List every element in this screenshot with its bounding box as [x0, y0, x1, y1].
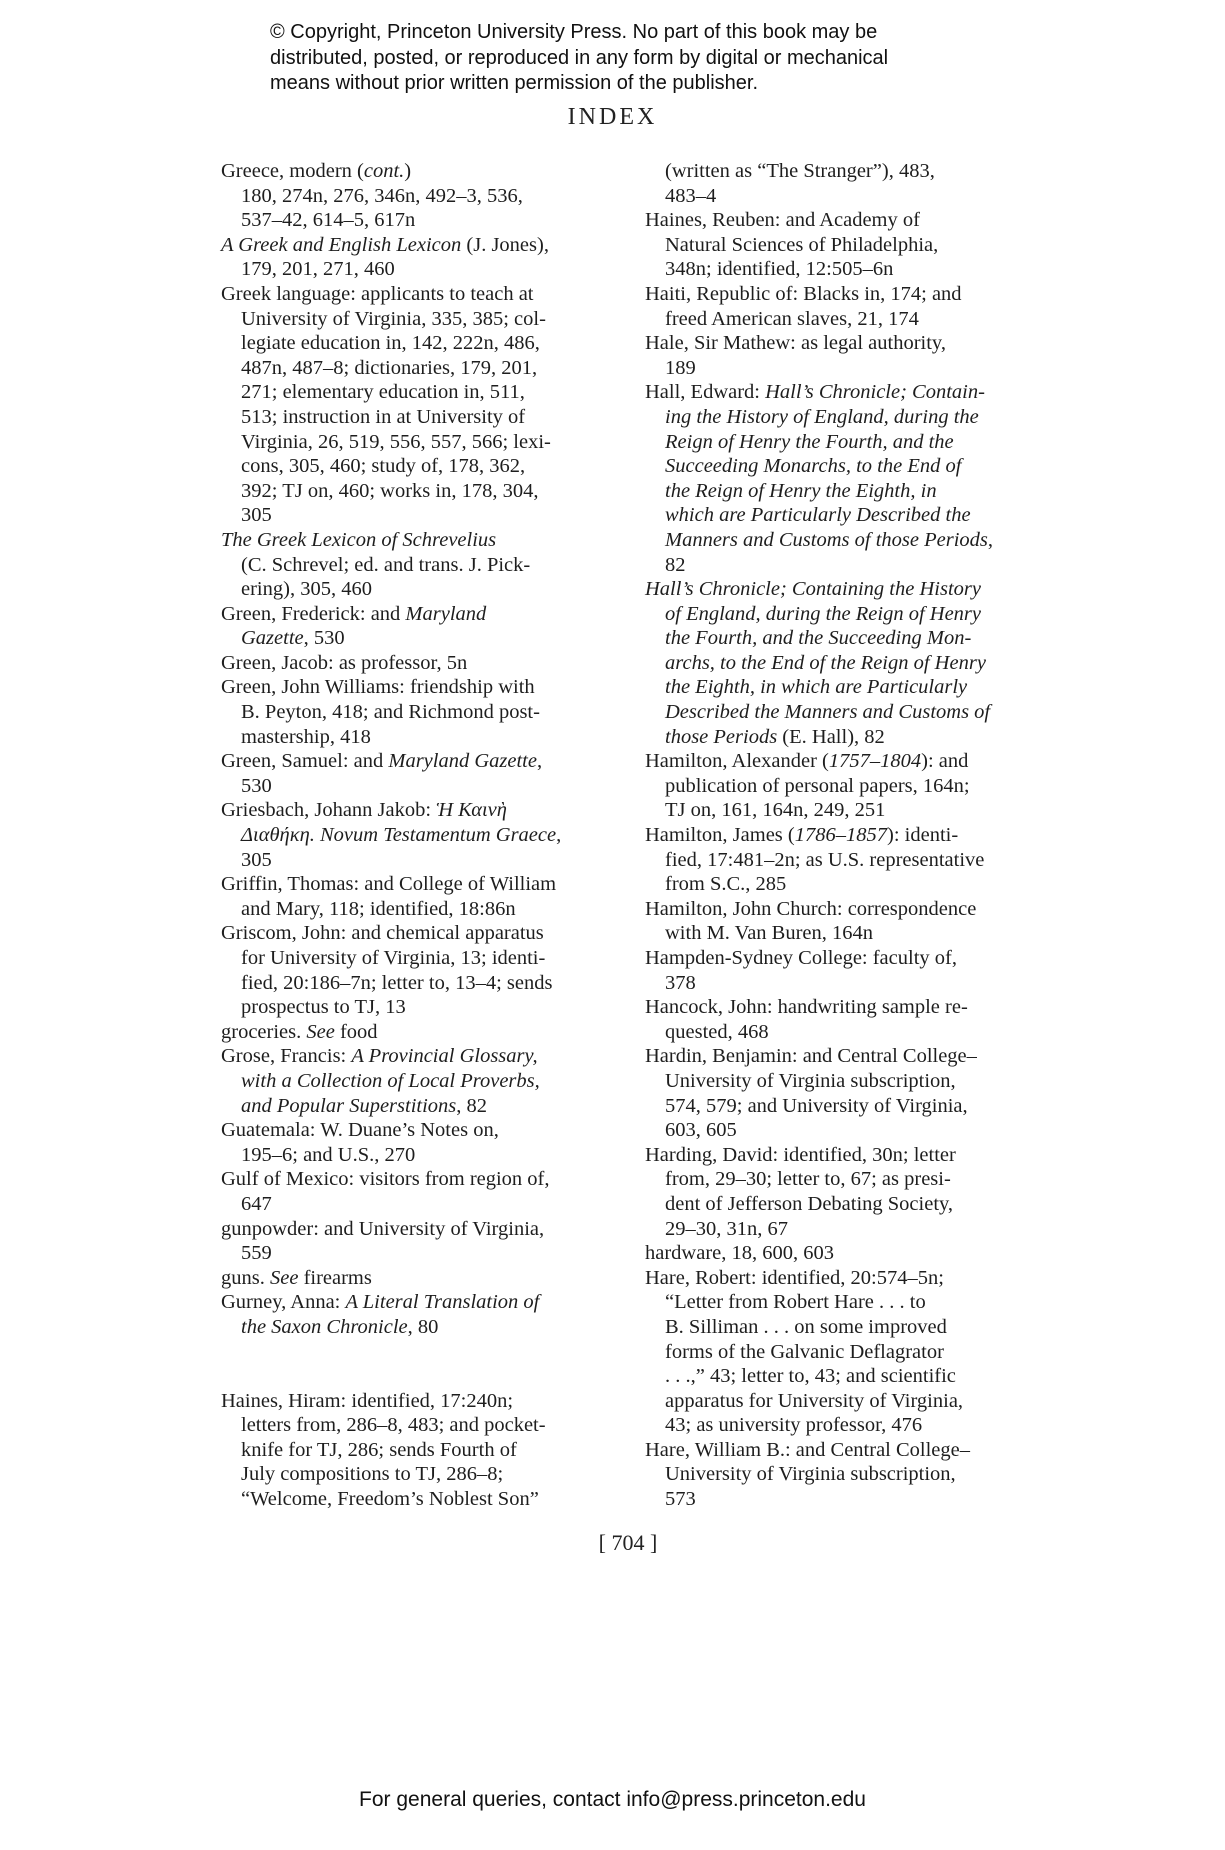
- index-entry: Hampden-Sydney College: faculty of,378: [645, 946, 1045, 995]
- text: 647: [241, 1193, 272, 1215]
- letter-group-spacer: [221, 1340, 621, 1389]
- entry-heading: Green, Jacob: as professor, 5n: [221, 651, 621, 676]
- entry-continuation: prospectus to TJ, 13: [221, 995, 621, 1020]
- entry-continuation: Virginia, 26, 519, 556, 557, 566; lexi-: [221, 430, 621, 455]
- entry-continuation: 179, 201, 271, 460: [221, 257, 621, 282]
- text: Haines, Hiram: identified, 17:240n;: [221, 1390, 513, 1412]
- text: 271; elementary education in, 511,: [241, 381, 525, 403]
- text: Hamilton, Alexander (: [645, 750, 829, 772]
- index-column-right: (written as “The Stranger”), 483,483–4Ha…: [645, 159, 1045, 1512]
- text: letters from, 286–8, 483; and pocket-: [241, 1414, 546, 1436]
- italic-text: with a Collection of Local Proverbs,: [241, 1070, 540, 1092]
- index-entry: Haines, Hiram: identified, 17:240n;lette…: [221, 1389, 621, 1512]
- entry-heading: Guatemala: W. Duane’s Notes on,: [221, 1118, 621, 1143]
- text: Green, Frederick: and: [221, 603, 405, 625]
- italic-text: the Eighth, in which are Particularly: [665, 676, 967, 698]
- entry-heading: Haines, Hiram: identified, 17:240n;: [221, 1389, 621, 1414]
- text: firearms: [298, 1267, 371, 1289]
- entry-continuation: dent of Jefferson Debating Society,: [645, 1192, 1045, 1217]
- entry-continuation: 530: [221, 774, 621, 799]
- italic-text: Gazette: [241, 627, 304, 649]
- index-entry: gunpowder: and University of Virginia,55…: [221, 1217, 621, 1266]
- text: Greece, modern (: [221, 160, 364, 182]
- entry-heading: Hall, Edward: Hall’s Chronicle; Contain-: [645, 380, 1045, 405]
- text: 392; TJ on, 460; works in, 178, 304,: [241, 480, 538, 502]
- entry-heading: Hamilton, John Church: correspondence: [645, 897, 1045, 922]
- text: publication of personal papers, 164n;: [665, 775, 970, 797]
- entry-heading: groceries. See food: [221, 1020, 621, 1045]
- text: 43; as university professor, 476: [665, 1414, 922, 1436]
- text: ): and: [921, 750, 968, 772]
- text: “Letter from Robert Hare . . . to: [665, 1291, 926, 1313]
- italic-text: 1757–1804: [829, 750, 921, 772]
- text: B. Peyton, 418; and Richmond post-: [241, 701, 540, 723]
- entry-continuation: from S.C., 285: [645, 872, 1045, 897]
- entry-continuation: (C. Schrevel; ed. and trans. J. Pick-: [221, 553, 621, 578]
- index-column-left: Greece, modern (cont.)180, 274n, 276, 34…: [221, 159, 621, 1511]
- italic-text: which are Particularly Described the: [665, 504, 971, 526]
- text: ): identi-: [887, 824, 958, 846]
- entry-continuation: which are Particularly Described the: [645, 503, 1045, 528]
- entry-continuation: 43; as university professor, 476: [645, 1413, 1045, 1438]
- entry-continuation: July compositions to TJ, 286–8;: [221, 1462, 621, 1487]
- entry-continuation: 82: [645, 553, 1045, 578]
- italic-text: Reign of Henry the Fourth, and the: [665, 431, 954, 453]
- copyright-line: © Copyright, Princeton University Press.…: [270, 20, 990, 46]
- entry-continuation: freed American slaves, 21, 174: [645, 307, 1045, 332]
- italic-text: archs, to the End of the Reign of Henry: [665, 652, 986, 674]
- entry-heading: Hamilton, James (1786–1857): identi-: [645, 823, 1045, 848]
- entry-heading: Griffin, Thomas: and College of William: [221, 872, 621, 897]
- text: ering), 305, 460: [241, 578, 372, 600]
- entry-continuation: University of Virginia subscription,: [645, 1069, 1045, 1094]
- entry-continuation: archs, to the End of the Reign of Henry: [645, 651, 1045, 676]
- text: gunpowder: and University of Virginia,: [221, 1218, 544, 1240]
- text: legiate education in, 142, 222n, 486,: [241, 332, 540, 354]
- text: (J. Jones),: [461, 234, 549, 256]
- text: 348n; identified, 12:505–6n: [665, 258, 893, 280]
- entry-continuation: “Welcome, Freedom’s Noblest Son”: [221, 1487, 621, 1512]
- entry-continuation: fied, 20:186–7n; letter to, 13–4; sends: [221, 971, 621, 996]
- text: 603, 605: [665, 1119, 737, 1141]
- entry-continuation: fied, 17:481–2n; as U.S. representative: [645, 848, 1045, 873]
- index-entry: hardware, 18, 600, 603: [645, 1241, 1045, 1266]
- index-entry: (written as “The Stranger”), 483,483–4: [645, 159, 1045, 208]
- entry-continuation: Reign of Henry the Fourth, and the: [645, 430, 1045, 455]
- entry-continuation: ering), 305, 460: [221, 577, 621, 602]
- text: Guatemala: W. Duane’s Notes on,: [221, 1119, 499, 1141]
- entry-continuation: 378: [645, 971, 1045, 996]
- index-entry: Hale, Sir Mathew: as legal authority,189: [645, 331, 1045, 380]
- text: Hampden-Sydney College: faculty of,: [645, 947, 957, 969]
- entry-continuation: and Mary, 118; identified, 18:86n: [221, 897, 621, 922]
- text: Virginia, 26, 519, 556, 557, 566; lexi-: [241, 431, 551, 453]
- entry-heading: gunpowder: and University of Virginia,: [221, 1217, 621, 1242]
- text: Natural Sciences of Philadelphia,: [665, 234, 938, 256]
- text: University of Virginia subscription,: [665, 1070, 956, 1092]
- italic-text: Succeeding Monarchs, to the End of: [665, 455, 961, 477]
- entry-continuation: of England, during the Reign of Henry: [645, 602, 1045, 627]
- italic-text: A Literal Translation of: [346, 1291, 540, 1313]
- index-entry: Green, Jacob: as professor, 5n: [221, 651, 621, 676]
- text: Hancock, John: handwriting sample re-: [645, 996, 968, 1018]
- entry-continuation: letters from, 286–8, 483; and pocket-: [221, 1413, 621, 1438]
- entry-continuation: 189: [645, 356, 1045, 381]
- entry-continuation: the Saxon Chronicle, 80: [221, 1315, 621, 1340]
- text: “Welcome, Freedom’s Noblest Son”: [241, 1488, 539, 1510]
- text: University of Virginia subscription,: [665, 1463, 956, 1485]
- index-entry: groceries. See food: [221, 1020, 621, 1045]
- entry-heading: Greece, modern (cont.): [221, 159, 621, 184]
- entry-continuation: Manners and Customs of those Periods,: [645, 528, 1045, 553]
- text: Harding, David: identified, 30n; letter: [645, 1144, 956, 1166]
- italic-text: cont.: [364, 160, 404, 182]
- text: 378: [665, 972, 696, 994]
- text: Griffin, Thomas: and College of William: [221, 873, 556, 895]
- text: 559: [241, 1242, 272, 1264]
- entry-heading: Hancock, John: handwriting sample re-: [645, 995, 1045, 1020]
- entry-continuation: and Popular Superstitions, 82: [221, 1094, 621, 1119]
- text: Hale, Sir Mathew: as legal authority,: [645, 332, 946, 354]
- entry-heading: Griscom, John: and chemical apparatus: [221, 921, 621, 946]
- italic-text: the Reign of Henry the Eighth, in: [665, 480, 937, 502]
- entry-continuation: 574, 579; and University of Virginia,: [645, 1094, 1045, 1119]
- text: Hardin, Benjamin: and Central College–: [645, 1045, 977, 1067]
- text: for University of Virginia, 13; identi-: [241, 947, 545, 969]
- italic-text: Manners and Customs of those Periods: [665, 529, 988, 551]
- entry-heading: Hamilton, Alexander (1757–1804): and: [645, 749, 1045, 774]
- entry-continuation: the Reign of Henry the Eighth, in: [645, 479, 1045, 504]
- text: quested, 468: [665, 1021, 769, 1043]
- index-entry: Green, Samuel: and Maryland Gazette,530: [221, 749, 621, 798]
- text: Griscom, John: and chemical apparatus: [221, 922, 544, 944]
- entry-heading: Hampden-Sydney College: faculty of,: [645, 946, 1045, 971]
- entry-continuation: cons, 305, 460; study of, 178, 362,: [221, 454, 621, 479]
- text: with M. Van Buren, 164n: [665, 922, 873, 944]
- index-entry: Haines, Reuben: and Academy ofNatural Sc…: [645, 208, 1045, 282]
- index-entry: Hare, Robert: identified, 20:574–5n;“Let…: [645, 1266, 1045, 1438]
- text: 483–4: [665, 185, 716, 207]
- index-entry: Grose, Francis: A Provincial Glossary,wi…: [221, 1044, 621, 1118]
- entry-continuation: 603, 605: [645, 1118, 1045, 1143]
- text: 574, 579; and University of Virginia,: [665, 1095, 968, 1117]
- text: 180, 274n, 276, 346n, 492–3, 536,: [241, 185, 523, 207]
- text: Hare, Robert: identified, 20:574–5n;: [645, 1267, 944, 1289]
- entry-continuation: “Letter from Robert Hare . . . to: [645, 1290, 1045, 1315]
- entry-continuation: (written as “The Stranger”), 483,: [645, 159, 1045, 184]
- text: Hall, Edward:: [645, 381, 765, 403]
- text: , 80: [408, 1316, 439, 1338]
- entry-continuation: forms of the Galvanic Deflagrator: [645, 1340, 1045, 1365]
- text: 179, 201, 271, 460: [241, 258, 395, 280]
- entry-continuation: B. Peyton, 418; and Richmond post-: [221, 700, 621, 725]
- italic-text: the Fourth, and the Succeeding Mon-: [665, 627, 971, 649]
- entry-heading: Hare, Robert: identified, 20:574–5n;: [645, 1266, 1045, 1291]
- text: knife for TJ, 286; sends Fourth of: [241, 1439, 517, 1461]
- entry-continuation: 513; instruction in at University of: [221, 405, 621, 430]
- entry-heading: A Greek and English Lexicon (J. Jones),: [221, 233, 621, 258]
- entry-continuation: knife for TJ, 286; sends Fourth of: [221, 1438, 621, 1463]
- index-entry: A Greek and English Lexicon (J. Jones),1…: [221, 233, 621, 282]
- entry-continuation: Διαθήκη. Novum Testamentum Graece,: [221, 823, 621, 848]
- entry-continuation: TJ on, 161, 164n, 249, 251: [645, 798, 1045, 823]
- italic-text: those Periods: [665, 726, 777, 748]
- text: Grose, Francis:: [221, 1045, 351, 1067]
- entry-continuation: with M. Van Buren, 164n: [645, 921, 1045, 946]
- index-entry: Green, John Williams: friendship withB. …: [221, 675, 621, 749]
- text: ,: [988, 529, 993, 551]
- italic-text: Hall’s Chronicle; Contain-: [765, 381, 985, 403]
- text: 189: [665, 357, 696, 379]
- entry-heading: The Greek Lexicon of Schrevelius: [221, 528, 621, 553]
- index-entry: Harding, David: identified, 30n; letterf…: [645, 1143, 1045, 1241]
- entry-heading: Gulf of Mexico: visitors from region of,: [221, 1167, 621, 1192]
- entry-heading: Green, Samuel: and Maryland Gazette,: [221, 749, 621, 774]
- text: dent of Jefferson Debating Society,: [665, 1193, 953, 1215]
- entry-heading: Grose, Francis: A Provincial Glossary,: [221, 1044, 621, 1069]
- entry-heading: Hardin, Benjamin: and Central College–: [645, 1044, 1045, 1069]
- text: Gurney, Anna:: [221, 1291, 346, 1313]
- text: (C. Schrevel; ed. and trans. J. Pick-: [241, 554, 530, 576]
- entry-continuation: mastership, 418: [221, 725, 621, 750]
- index-entry: Griffin, Thomas: and College of Williama…: [221, 872, 621, 921]
- entry-continuation: 305: [221, 503, 621, 528]
- text: . . .,” 43; letter to, 43; and scientifi…: [665, 1365, 956, 1387]
- entry-heading: Green, John Williams: friendship with: [221, 675, 621, 700]
- italic-text: 1786–1857: [795, 824, 887, 846]
- entry-heading: Haiti, Republic of: Blacks in, 174; and: [645, 282, 1045, 307]
- text: from S.C., 285: [665, 873, 786, 895]
- entry-continuation: 348n; identified, 12:505–6n: [645, 257, 1045, 282]
- text: Green, Samuel: and: [221, 750, 388, 772]
- index-entry: Hancock, John: handwriting sample re-que…: [645, 995, 1045, 1044]
- text: Greek language: applicants to teach at: [221, 283, 534, 305]
- entry-continuation: 180, 274n, 276, 346n, 492–3, 536,: [221, 184, 621, 209]
- italic-text: Described the Manners and Customs of: [665, 701, 990, 723]
- text: 305: [241, 504, 272, 526]
- copyright-notice: © Copyright, Princeton University Press.…: [270, 20, 990, 97]
- entry-continuation: 559: [221, 1241, 621, 1266]
- index-entry: guns. See firearms: [221, 1266, 621, 1291]
- footer-contact: For general queries, contact info@press.…: [0, 1788, 1225, 1812]
- entry-continuation: the Eighth, in which are Particularly: [645, 675, 1045, 700]
- text: ,: [556, 824, 561, 846]
- entry-continuation: the Fourth, and the Succeeding Mon-: [645, 626, 1045, 651]
- italic-text: ing the History of England, during the: [665, 406, 979, 428]
- index-entry: Haiti, Republic of: Blacks in, 174; andf…: [645, 282, 1045, 331]
- text: B. Silliman . . . on some improved: [665, 1316, 947, 1338]
- index-entry: Hall’s Chronicle; Containing the History…: [645, 577, 1045, 749]
- page-title: INDEX: [0, 104, 1225, 131]
- text: 305: [241, 849, 272, 871]
- index-entry: Guatemala: W. Duane’s Notes on,195–6; an…: [221, 1118, 621, 1167]
- italic-text: Hall’s Chronicle; Containing the History: [645, 578, 981, 600]
- text: 573: [665, 1488, 696, 1510]
- italic-text: A Provincial Glossary,: [351, 1045, 537, 1067]
- italic-text: Διαθήκη. Novum Testamentum Graece: [241, 824, 556, 846]
- entry-continuation: University of Virginia subscription,: [645, 1462, 1045, 1487]
- text: and Mary, 118; identified, 18:86n: [241, 898, 516, 920]
- entry-continuation: 29–30, 31n, 67: [645, 1217, 1045, 1242]
- text: (E. Hall), 82: [777, 726, 885, 748]
- entry-continuation: 195–6; and U.S., 270: [221, 1143, 621, 1168]
- entry-continuation: for University of Virginia, 13; identi-: [221, 946, 621, 971]
- index-entry: Gurney, Anna: A Literal Translation ofth…: [221, 1290, 621, 1339]
- page-number: [ 704 ]: [0, 1530, 1225, 1556]
- index-entry: Hall, Edward: Hall’s Chronicle; Contain-…: [645, 380, 1045, 577]
- entry-continuation: from, 29–30; letter to, 67; as presi-: [645, 1167, 1045, 1192]
- entry-heading: guns. See firearms: [221, 1266, 621, 1291]
- entry-continuation: quested, 468: [645, 1020, 1045, 1045]
- italic-text: Maryland Gazette: [388, 750, 537, 772]
- text: Green, John Williams: friendship with: [221, 676, 535, 698]
- index-entry: Hamilton, Alexander (1757–1804): andpubl…: [645, 749, 1045, 823]
- text: 29–30, 31n, 67: [665, 1218, 788, 1240]
- text: fied, 17:481–2n; as U.S. representative: [665, 849, 984, 871]
- text: 82: [665, 554, 686, 576]
- text: forms of the Galvanic Deflagrator: [665, 1341, 944, 1363]
- text: 487n, 487–8; dictionaries, 179, 201,: [241, 357, 537, 379]
- text: , 530: [304, 627, 345, 649]
- text: guns.: [221, 1267, 270, 1289]
- entry-continuation: 573: [645, 1487, 1045, 1512]
- text: hardware, 18, 600, 603: [645, 1242, 834, 1264]
- text: Hare, William B.: and Central College–: [645, 1439, 970, 1461]
- entry-continuation: 305: [221, 848, 621, 873]
- entry-heading: Green, Frederick: and Maryland: [221, 602, 621, 627]
- copyright-line: means without prior written permission o…: [270, 71, 990, 97]
- entry-heading: Hall’s Chronicle; Containing the History: [645, 577, 1045, 602]
- text: ): [404, 160, 411, 182]
- index-entry: Griscom, John: and chemical apparatusfor…: [221, 921, 621, 1019]
- italic-text: The Greek Lexicon of Schrevelius: [221, 529, 496, 551]
- text: 513; instruction in at University of: [241, 406, 525, 428]
- text: TJ on, 161, 164n, 249, 251: [665, 799, 885, 821]
- text: from, 29–30; letter to, 67; as presi-: [665, 1168, 951, 1190]
- italic-text: A Greek and English Lexicon: [221, 234, 461, 256]
- text: Hamilton, James (: [645, 824, 795, 846]
- index-entry: Griesbach, Johann Jakob: Ἡ ΚαινὴΔιαθήκη.…: [221, 798, 621, 872]
- text: Green, Jacob: as professor, 5n: [221, 652, 467, 674]
- text: Gulf of Mexico: visitors from region of,: [221, 1168, 550, 1190]
- text: ,: [537, 750, 542, 772]
- text: Haiti, Republic of: Blacks in, 174; and: [645, 283, 962, 305]
- index-entry: The Greek Lexicon of Schrevelius(C. Schr…: [221, 528, 621, 602]
- text: groceries.: [221, 1021, 306, 1043]
- italic-text: See: [270, 1267, 298, 1289]
- text: Haines, Reuben: and Academy of: [645, 209, 920, 231]
- text: , 82: [456, 1095, 487, 1117]
- italic-text: of England, during the Reign of Henry: [665, 603, 981, 625]
- entry-continuation: with a Collection of Local Proverbs,: [221, 1069, 621, 1094]
- entry-continuation: 271; elementary education in, 511,: [221, 380, 621, 405]
- text: cons, 305, 460; study of, 178, 362,: [241, 455, 525, 477]
- text: 195–6; and U.S., 270: [241, 1144, 415, 1166]
- entry-heading: Griesbach, Johann Jakob: Ἡ Καινὴ: [221, 798, 621, 823]
- text: food: [335, 1021, 378, 1043]
- text: Griesbach, Johann Jakob:: [221, 799, 436, 821]
- index-entry: Gulf of Mexico: visitors from region of,…: [221, 1167, 621, 1216]
- entry-continuation: ing the History of England, during the: [645, 405, 1045, 430]
- entry-continuation: publication of personal papers, 164n;: [645, 774, 1045, 799]
- text: (written as “The Stranger”), 483,: [665, 160, 935, 182]
- entry-continuation: 392; TJ on, 460; works in, 178, 304,: [221, 479, 621, 504]
- index-entry: Hamilton, James (1786–1857): identi-fied…: [645, 823, 1045, 897]
- entry-continuation: Natural Sciences of Philadelphia,: [645, 233, 1045, 258]
- entry-continuation: 537–42, 614–5, 617n: [221, 208, 621, 233]
- entry-continuation: Succeeding Monarchs, to the End of: [645, 454, 1045, 479]
- entry-continuation: legiate education in, 142, 222n, 486,: [221, 331, 621, 356]
- italic-text: Maryland: [405, 603, 486, 625]
- entry-heading: Gurney, Anna: A Literal Translation of: [221, 1290, 621, 1315]
- copyright-line: distributed, posted, or reproduced in an…: [270, 46, 990, 72]
- entry-continuation: University of Virginia, 335, 385; col-: [221, 307, 621, 332]
- text: apparatus for University of Virginia,: [665, 1390, 963, 1412]
- italic-text: and Popular Superstitions: [241, 1095, 456, 1117]
- entry-heading: Hare, William B.: and Central College–: [645, 1438, 1045, 1463]
- entry-continuation: those Periods (E. Hall), 82: [645, 725, 1045, 750]
- text: prospectus to TJ, 13: [241, 996, 406, 1018]
- entry-continuation: apparatus for University of Virginia,: [645, 1389, 1045, 1414]
- entry-continuation: 487n, 487–8; dictionaries, 179, 201,: [221, 356, 621, 381]
- text: freed American slaves, 21, 174: [665, 308, 919, 330]
- index-entry: Hardin, Benjamin: and Central College–Un…: [645, 1044, 1045, 1142]
- entry-continuation: Described the Manners and Customs of: [645, 700, 1045, 725]
- entry-heading: Haines, Reuben: and Academy of: [645, 208, 1045, 233]
- index-entry: Hamilton, John Church: correspondencewit…: [645, 897, 1045, 946]
- entry-continuation: . . .,” 43; letter to, 43; and scientifi…: [645, 1364, 1045, 1389]
- text: mastership, 418: [241, 726, 371, 748]
- text: fied, 20:186–7n; letter to, 13–4; sends: [241, 972, 552, 994]
- index-entry: Green, Frederick: and MarylandGazette, 5…: [221, 602, 621, 651]
- entry-heading: hardware, 18, 600, 603: [645, 1241, 1045, 1266]
- index-entry: Greek language: applicants to teach atUn…: [221, 282, 621, 528]
- index-entry: Greece, modern (cont.)180, 274n, 276, 34…: [221, 159, 621, 233]
- entry-continuation: B. Silliman . . . on some improved: [645, 1315, 1045, 1340]
- entry-continuation: 647: [221, 1192, 621, 1217]
- text: 537–42, 614–5, 617n: [241, 209, 415, 231]
- text: University of Virginia, 335, 385; col-: [241, 308, 546, 330]
- entry-heading: Greek language: applicants to teach at: [221, 282, 621, 307]
- entry-continuation: Gazette, 530: [221, 626, 621, 651]
- entry-continuation: 483–4: [645, 184, 1045, 209]
- italic-text: See: [306, 1021, 334, 1043]
- italic-text: the Saxon Chronicle: [241, 1316, 408, 1338]
- index-entry: Hare, William B.: and Central College–Un…: [645, 1438, 1045, 1512]
- entry-heading: Harding, David: identified, 30n; letter: [645, 1143, 1045, 1168]
- italic-text: Ἡ Καινὴ: [436, 799, 507, 821]
- text: July compositions to TJ, 286–8;: [241, 1463, 503, 1485]
- entry-heading: Hale, Sir Mathew: as legal authority,: [645, 331, 1045, 356]
- text: Hamilton, John Church: correspondence: [645, 898, 976, 920]
- text: 530: [241, 775, 272, 797]
